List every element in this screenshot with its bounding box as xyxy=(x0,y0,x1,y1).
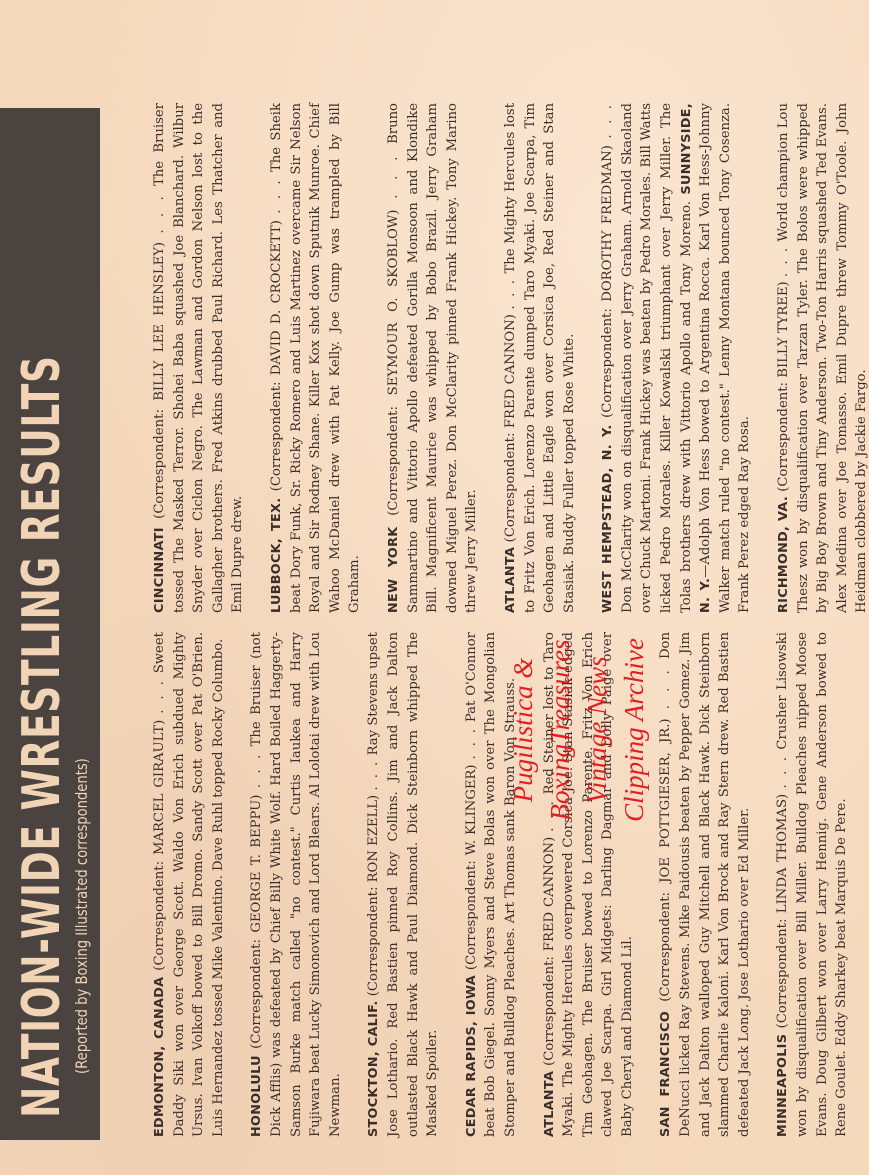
city-heading: NEW YORK xyxy=(386,527,401,613)
separator: . . . xyxy=(152,679,167,714)
correspondent: (Correspondent: JOE POTTGIESER, JR.) xyxy=(658,718,673,1001)
correspondent: (Correspondent: W. KLINGER) xyxy=(464,764,479,970)
results-column-right: CINCINNATI (Correspondent: BILLY LEE HEN… xyxy=(150,103,869,613)
correspondent: (Correspondent: GEORGE T. BEPPU) xyxy=(249,795,264,1049)
result-entry: HONOLULU (Correspondent: GEORGE T. BEPPU… xyxy=(247,632,345,1137)
result-entry: SAN FRANCISCO (Correspondent: JOE POTTGI… xyxy=(656,632,754,1137)
result-entry: STOCKTON, CALIF. (Correspondent: RON EZE… xyxy=(364,632,442,1137)
separator: . . . xyxy=(775,755,790,788)
title-band: NATION-WIDE WRESTLING RESULTS (Reported … xyxy=(0,108,100,1140)
separator: . . . xyxy=(269,178,284,213)
separator: . . . xyxy=(464,727,479,759)
result-entry: LUBBOCK, TEX. (Correspondent: DAVID D. C… xyxy=(267,103,365,613)
separator: . . . xyxy=(152,194,167,233)
magazine-page: NATION-WIDE WRESTLING RESULTS (Reported … xyxy=(0,0,869,1175)
city-heading: SAN FRANCISCO xyxy=(658,1011,673,1137)
city-heading: STOCKTON, CALIF. xyxy=(366,1000,381,1137)
separator: . . . xyxy=(600,103,615,139)
result-entry: EDMONTON, CANADA (Correspondent: MARCEL … xyxy=(150,632,228,1137)
watermark: Pugilistica & BoxingTreasures Vintage Ne… xyxy=(505,585,653,875)
watermark-line: Clipping Archive xyxy=(616,585,653,875)
separator: . . . xyxy=(386,155,401,199)
result-entry: WEST HEMPSTEAD, N. Y. (Correspondent: DO… xyxy=(598,103,755,613)
correspondent: (Correspondent: RON EZELL) xyxy=(366,795,381,996)
correspondent: (Correspondent: BILLY LEE HENSLEY) xyxy=(152,242,167,519)
correspondent: (Correspondent: LINDA THOMAS) xyxy=(775,794,790,1028)
separator: . . . xyxy=(249,753,264,788)
city-heading: RICHMOND, VA. xyxy=(776,496,791,613)
page-subtitle: (Reported by Boxing Illustrated correspo… xyxy=(72,758,91,1074)
correspondent: (Correspondent: DOROTHY FREDMAN) xyxy=(600,145,615,418)
watermark-line: Pugilistica & xyxy=(505,585,542,875)
separator: . . . xyxy=(503,278,518,310)
city-heading: ATLANTA xyxy=(542,1071,557,1137)
correspondent: (Correspondent: DAVID D. CROCKETT) xyxy=(269,220,284,491)
page-title: NATION-WIDE WRESTLING RESULTS xyxy=(12,355,72,1118)
separator: . . . xyxy=(366,760,381,791)
result-entry: RICHMOND, VA. (Correspondent: BILLY TYRE… xyxy=(774,103,869,613)
result-entry: MINNEAPOLIS (Correspondent: LINDA THOMAS… xyxy=(773,632,851,1137)
separator: . . . xyxy=(658,668,673,709)
watermark-line: BoxingTreasures xyxy=(542,585,579,875)
city-heading: LUBBOCK, TEX. xyxy=(269,498,284,613)
result-entry: NEW YORK (Correspondent: SEYMOUR O. SKOB… xyxy=(384,103,482,613)
city-heading: EDMONTON, CANADA xyxy=(152,977,167,1137)
correspondent: (Correspondent: BILLY TYREE) xyxy=(776,281,791,491)
correspondent: (Correspondent: FRED CANNON) xyxy=(503,314,518,542)
city-heading: HONOLULU xyxy=(249,1055,264,1137)
separator: . . . xyxy=(776,246,791,277)
result-entry: ATLANTA (Correspondent: FRED CANNON) . .… xyxy=(501,103,579,613)
watermark-line: Vintage News xyxy=(579,585,616,875)
city-heading: MINNEAPOLIS xyxy=(775,1034,790,1137)
result-entry: CINCINNATI (Correspondent: BILLY LEE HEN… xyxy=(150,103,248,613)
city-heading: CINCINNATI xyxy=(152,527,167,613)
correspondent: (Correspondent: MARCEL GIRAULT) xyxy=(152,720,167,971)
correspondent: (Correspondent: SEYMOUR O. SKOBLOW) xyxy=(386,210,401,516)
city-heading: CEDAR RAPIDS, IOWA xyxy=(464,975,479,1137)
result-body: —Adolph Von Hess bowed to Argentina Rocc… xyxy=(698,103,752,613)
